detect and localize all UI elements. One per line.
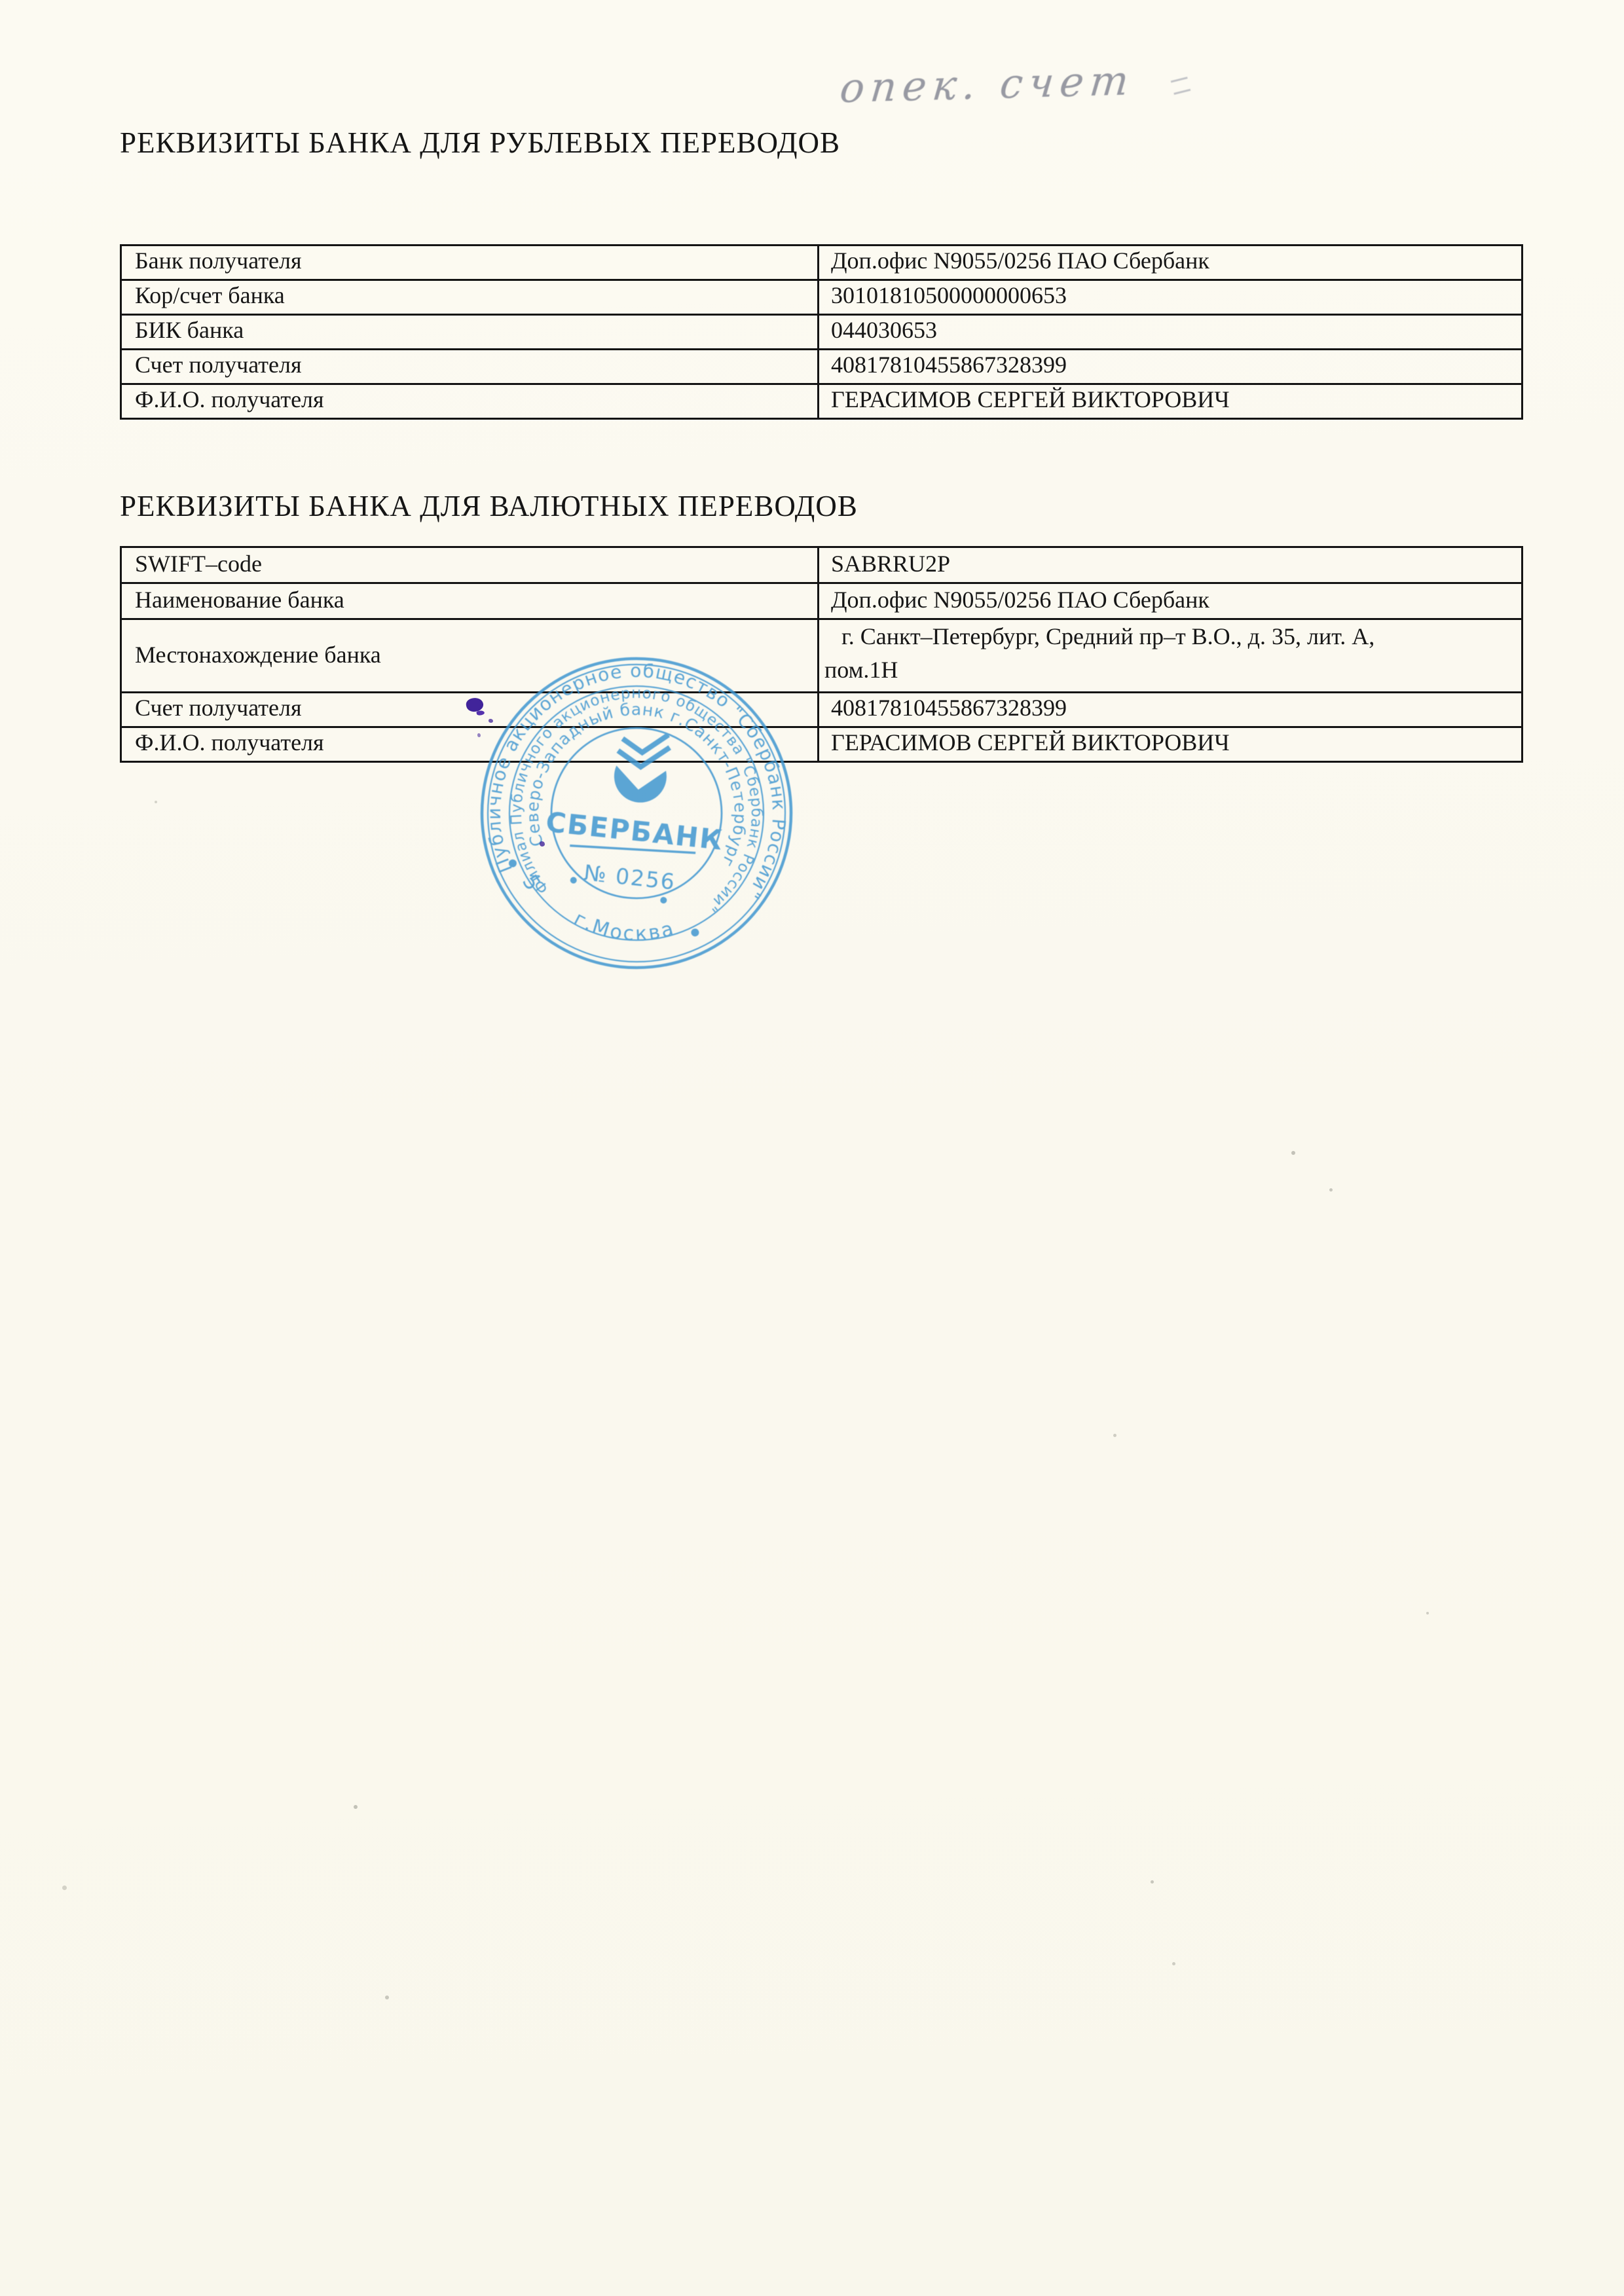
- row-label: Ф.И.О. получателя: [121, 384, 819, 419]
- stamp-city-text: г.Москва: [569, 906, 680, 950]
- row-value: SABRRU2P: [819, 547, 1522, 583]
- row-label: БИК банка: [121, 315, 819, 350]
- row-label: Кор/счет банка: [121, 280, 819, 315]
- sberbank-logo-icon: [612, 765, 667, 805]
- handwritten-note: опек. счет: [838, 56, 1137, 112]
- scan-speck: [1329, 1188, 1333, 1192]
- stamp-dot: [570, 877, 577, 884]
- row-value: 30101810500000000653: [819, 280, 1522, 315]
- table-row: Счет получателя 40817810455867328399: [121, 350, 1522, 384]
- scan-speck: [1291, 1151, 1295, 1155]
- row-label: Банк получателя: [121, 246, 819, 280]
- ink-blot: [477, 733, 481, 737]
- table-row: Счет получателя 40817810455867328399: [121, 693, 1522, 727]
- row-value: Доп.офис N9055/0256 ПАО Сбербанк: [819, 246, 1522, 280]
- stamp-office-number: № 0256: [583, 860, 677, 895]
- scanned-document-page: опек. счет РЕКВИЗИТЫ БАНКА ДЛЯ РУБЛЕВЫХ …: [0, 0, 1624, 2296]
- scan-speck: [385, 1995, 389, 1999]
- scan-speck: [1151, 1880, 1154, 1884]
- table-row: Кор/счет банка 30101810500000000653: [121, 280, 1522, 315]
- svg-text:г.Москва: г.Москва: [569, 906, 680, 950]
- table-row: SWIFT–code SABRRU2P: [121, 547, 1522, 583]
- row-value: ГЕРАСИМОВ СЕРГЕЙ ВИКТОРОВИЧ: [819, 727, 1522, 762]
- row-value: Доп.офис N9055/0256 ПАО Сбербанк: [819, 583, 1522, 619]
- row-label: Счет получателя: [121, 350, 819, 384]
- scan-speck: [155, 801, 157, 803]
- table-row: Банк получателя Доп.офис N9055/0256 ПАО …: [121, 246, 1522, 280]
- row-value: г. Санкт–Петербург, Средний пр–т В.О., д…: [819, 619, 1522, 693]
- section-title-ruble: РЕКВИЗИТЫ БАНКА ДЛЯ РУБЛЕВЫХ ПЕРЕВОДОВ: [120, 128, 840, 158]
- sberbank-round-stamp: Публичное акционерное общество "Сбербанк…: [466, 643, 807, 983]
- table-row: Ф.И.О. получателя ГЕРАСИМОВ СЕРГЕЙ ВИКТО…: [121, 384, 1522, 419]
- row-value: ГЕРАСИМОВ СЕРГЕЙ ВИКТОРОВИЧ: [819, 384, 1522, 419]
- scan-speck: [1426, 1612, 1429, 1614]
- scan-speck: [1113, 1434, 1116, 1437]
- table-row: Местонахождение банка г. Санкт–Петербург…: [121, 619, 1522, 693]
- currency-details-table: SWIFT–code SABRRU2P Наименование банка Д…: [120, 546, 1523, 763]
- section-title-currency: РЕКВИЗИТЫ БАНКА ДЛЯ ВАЛЮТНЫХ ПЕРЕВОДОВ: [120, 492, 858, 521]
- row-label: SWIFT–code: [121, 547, 819, 583]
- ink-blot: [489, 719, 493, 723]
- ink-blot: [540, 841, 545, 847]
- ruble-details-table: Банк получателя Доп.офис N9055/0256 ПАО …: [120, 244, 1523, 420]
- table-row: Ф.И.О. получателя ГЕРАСИМОВ СЕРГЕЙ ВИКТО…: [121, 727, 1522, 762]
- sberbank-logo-chevron: [617, 742, 670, 770]
- row-value: 40817810455867328399: [819, 350, 1522, 384]
- table-row: Наименование банка Доп.офис N9055/0256 П…: [121, 583, 1522, 619]
- stamp-dot: [691, 928, 699, 937]
- table-row: БИК банка 044030653: [121, 315, 1522, 350]
- row-value: 044030653: [819, 315, 1522, 350]
- scan-speck: [354, 1805, 358, 1809]
- handwritten-squiggle: [1171, 77, 1191, 95]
- scan-speck: [62, 1886, 67, 1890]
- scan-speck: [1172, 1962, 1175, 1965]
- row-value: 40817810455867328399: [819, 693, 1522, 727]
- stamp-dot: [660, 897, 667, 904]
- row-label: Наименование банка: [121, 583, 819, 619]
